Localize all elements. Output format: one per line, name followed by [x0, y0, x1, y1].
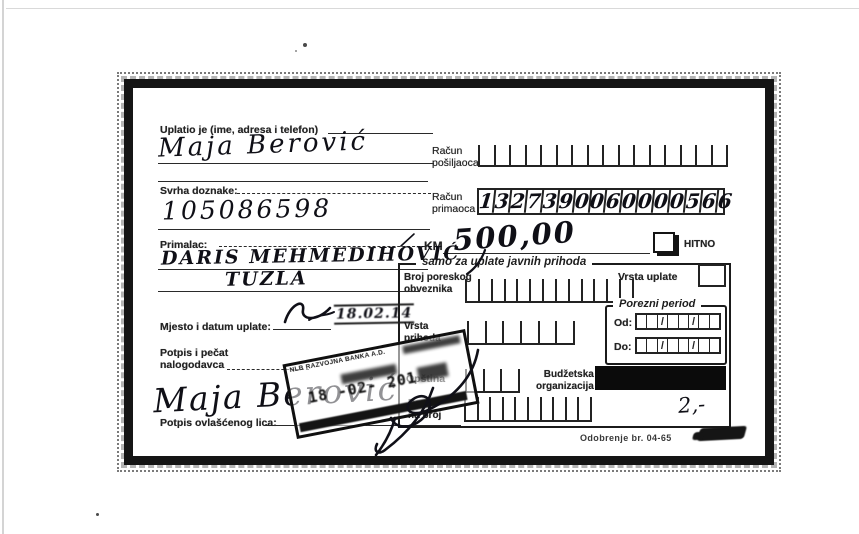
tax-period-title: Porezni period [613, 298, 701, 310]
box-cell [542, 279, 555, 301]
box-cell [587, 145, 603, 165]
box-cell [568, 279, 581, 301]
box-cell [478, 279, 491, 301]
box-cell [710, 339, 719, 352]
recipient-account-label: Račun primaoca [432, 191, 475, 215]
box-cell: 6 [717, 190, 733, 213]
box-cell [529, 279, 542, 301]
box-cell [699, 339, 709, 352]
box-cell [680, 145, 696, 165]
payment-slip: Uplatio je (ime, adresa i telefon) Maja … [124, 79, 774, 465]
box-cell [540, 145, 556, 165]
write-line [158, 181, 428, 182]
handwritten-note: 2,- [677, 392, 706, 418]
urgent-checkbox [653, 232, 675, 253]
box-cell [649, 145, 665, 165]
ink-speck [303, 43, 307, 47]
box-cell [494, 145, 510, 165]
box-cell [556, 145, 572, 165]
recipient-account-boxes: 1327390060000566 [477, 188, 725, 215]
box-cell [679, 315, 689, 328]
write-line [158, 229, 430, 230]
box-cell [647, 339, 657, 352]
place-date-value: 18.02.14 [334, 303, 415, 324]
page-edge-top [6, 8, 859, 9]
box-cell [485, 321, 503, 343]
box-cell [467, 321, 485, 343]
box-cell [571, 145, 587, 165]
ink-speck [295, 50, 297, 52]
amount-value: 500,00 [452, 215, 577, 257]
budget-org-label: Budžetska organizacija [536, 369, 594, 393]
tax-id-boxes [465, 279, 634, 303]
box-cell [502, 321, 520, 343]
ink-speck [96, 513, 99, 516]
box-cell [520, 321, 538, 343]
box-cell [491, 279, 504, 301]
payment-type-box [698, 264, 726, 287]
box-cell [618, 145, 634, 165]
box-cell: 9 [557, 190, 575, 214]
box-cell [581, 279, 594, 301]
payer-value: Maja Berović [158, 126, 369, 163]
write-line [158, 291, 420, 292]
box-cell: / [689, 315, 699, 328]
box-cell [552, 397, 565, 420]
box-cell [465, 279, 478, 301]
write-line [273, 329, 331, 330]
box-cell [483, 369, 501, 391]
write-line [158, 163, 434, 164]
box-cell [679, 339, 689, 352]
box-cell [668, 315, 678, 328]
box-cell [555, 279, 568, 301]
to-date-boxes: // [635, 337, 721, 354]
box-cell [525, 145, 541, 165]
box-cell [633, 145, 649, 165]
box-cell [504, 279, 517, 301]
box-cell [602, 145, 618, 165]
box-cell [509, 145, 525, 165]
box-cell [637, 339, 647, 352]
from-date-boxes: // [635, 313, 721, 330]
revenue-type-boxes [467, 321, 575, 345]
page-edge-left [2, 0, 4, 534]
to-label: Do: [614, 341, 632, 353]
box-cell [489, 397, 502, 420]
box-cell: / [658, 315, 668, 328]
box-cell [502, 397, 515, 420]
box-cell [555, 321, 575, 343]
tax-period-fieldset: Porezni period Od: // Do: // [605, 305, 727, 365]
box-cell [565, 397, 578, 420]
box-cell [593, 279, 606, 301]
box-cell [699, 315, 709, 328]
stamp-smudge [417, 362, 449, 381]
urgent-label: HITNO [684, 239, 715, 251]
sender-account-boxes [478, 145, 728, 167]
box-cell [478, 145, 494, 165]
approval-note: Odobrenje br. 04-65 [580, 433, 672, 443]
box-cell [500, 369, 520, 391]
recipient-value-line2: TUZLA [225, 267, 308, 290]
budget-org-redaction [595, 366, 726, 390]
bank-logo-smudge [697, 426, 747, 441]
box-cell [711, 145, 729, 165]
box-cell: / [658, 339, 668, 352]
box-cell [538, 321, 556, 343]
box-cell [637, 315, 647, 328]
purpose-value: 105086598 [162, 194, 333, 226]
box-cell [527, 397, 540, 420]
scanned-payment-slip-page: Uplatio je (ime, adresa i telefon) Maja … [0, 0, 859, 534]
box-cell [695, 145, 711, 165]
box-cell [710, 315, 719, 328]
box-cell [664, 145, 680, 165]
payment-type-label: Vrsta uplate [618, 271, 678, 283]
box-cell [516, 279, 529, 301]
box-cell [577, 397, 592, 420]
tax-id-label: Broj poreskog obveznika [404, 272, 472, 296]
signature-seal-label: Potpis i pečat nalogodavca [160, 347, 228, 371]
box-cell: / [689, 339, 699, 352]
place-date-label: Mjesto i datum uplate: [160, 321, 271, 333]
sender-account-label: Račun pošiljaoca [432, 145, 479, 169]
box-cell [668, 339, 678, 352]
from-label: Od: [614, 317, 632, 329]
box-cell [514, 397, 527, 420]
box-cell [647, 315, 657, 328]
box-cell [540, 397, 553, 420]
reference-boxes [464, 397, 592, 422]
